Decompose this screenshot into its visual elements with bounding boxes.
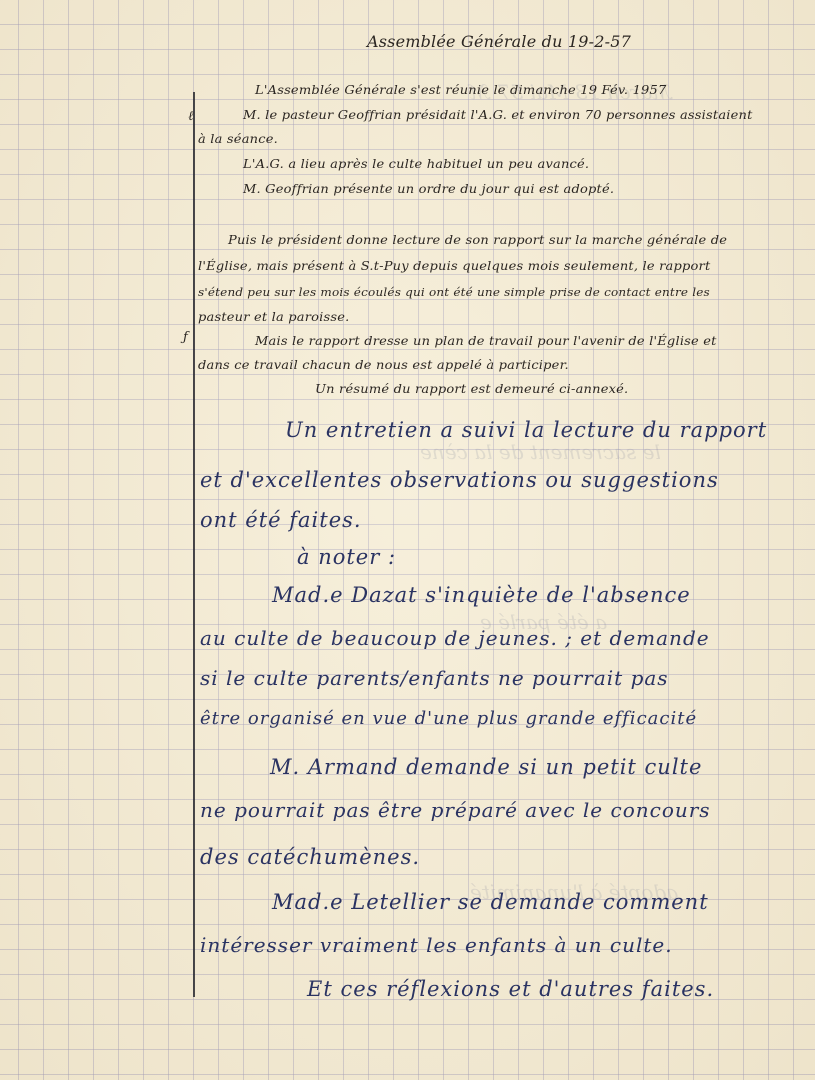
text-line: des catéchumènes. [200,845,420,869]
margin-mark: ƒ [183,330,188,345]
text-line: pasteur et la paroisse. [198,310,350,324]
text-line: M. Armand demande si un petit culte [270,755,702,779]
text-line: l'Église, mais présent à S.t-Puy depuis … [198,259,710,273]
text-line: M. le pasteur Geoffrian présidait l'A.G.… [243,108,753,122]
bleed-through-text: le sacrement de la cène [420,440,661,464]
text-line: dans ce travail chacun de nous est appel… [198,358,569,372]
document-title: Assemblée Générale du 19-2-57 [367,32,631,51]
text-line: L'Assemblée Générale s'est réunie le dim… [255,83,666,97]
text-line: Et ces réflexions et d'autres faites. [307,977,714,1001]
text-line: au culte de beaucoup de jeunes. ; et dem… [200,626,710,650]
text-line: Un entretien a suivi la lecture du rappo… [285,418,767,442]
text-line: Un résumé du rapport est demeuré ci-anne… [315,382,628,396]
text-line: Mad.e Dazat s'inquiète de l'absence [272,583,691,607]
text-line: ne pourrait pas être préparé avec le con… [200,798,711,822]
text-line: si le culte parents/enfants ne pourrait … [200,666,669,690]
text-line: à la séance. [198,132,278,146]
text-line: être organisé en vue d'une plus grande e… [200,708,697,729]
margin-mark: ℓ [188,108,193,124]
text-line: et d'excellentes observations ou suggest… [200,468,719,492]
text-line: intéresser vraiment les enfants à un cul… [200,933,673,957]
text-line: Mad.e Letellier se demande comment [272,890,709,914]
subheading-note: à noter : [297,545,396,569]
text-line: L'A.G. a lieu après le culte habituel un… [243,157,589,171]
text-line: Puis le président donne lecture de son r… [228,233,727,247]
text-line: Mais le rapport dresse un plan de travai… [255,334,717,348]
margin-rule [193,92,195,997]
text-line: M. Geoffrian présente un ordre du jour q… [243,182,614,196]
text-line: ont été faites. [200,508,362,532]
text-line: s'étend peu sur les mois écoulés qui ont… [198,285,710,298]
